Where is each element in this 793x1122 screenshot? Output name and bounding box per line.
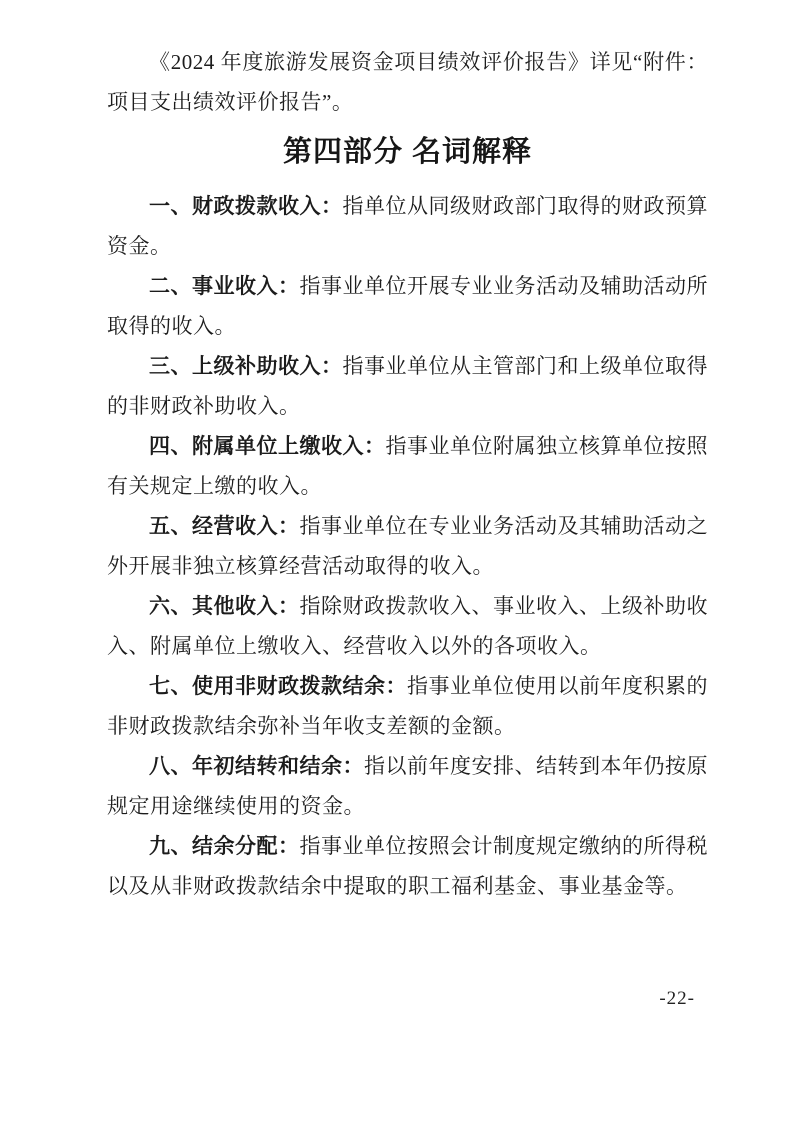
term-label: 五、经营收入：: [149, 514, 300, 538]
term-paragraph: 四、附属单位上缴收入：指事业单位附属独立核算单位按照有关规定上缴的收入。: [107, 426, 708, 506]
term-paragraph: 二、事业收入：指事业单位开展专业业务活动及辅助活动所取得的收入。: [107, 266, 708, 346]
term-paragraph: 八、年初结转和结余：指以前年度安排、结转到本年仍按原规定用途继续使用的资金。: [107, 746, 708, 826]
term-label: 七、使用非财政拨款结余：: [149, 674, 407, 698]
term-paragraph: 三、上级补助收入：指事业单位从主管部门和上级单位取得的非财政补助收入。: [107, 346, 708, 426]
term-paragraph: 七、使用非财政拨款结余：指事业单位使用以前年度积累的非财政拨款结余弥补当年收支差…: [107, 666, 708, 746]
term-label: 九、结余分配：: [149, 834, 300, 858]
term-paragraph: 五、经营收入：指事业单位在专业业务活动及其辅助活动之外开展非独立核算经营活动取得…: [107, 506, 708, 586]
term-label: 三、上级补助收入：: [149, 354, 343, 378]
term-label: 八、年初结转和结余：: [149, 754, 364, 778]
section-heading: 第四部分 名词解释: [107, 122, 708, 186]
page-number: -22-: [659, 988, 695, 1010]
document-content: 《2024 年度旅游发展资金项目绩效评价报告》详见“附件：项目支出绩效评价报告”…: [107, 42, 708, 906]
term-label: 六、其他收入：: [149, 594, 300, 618]
intro-paragraph: 《2024 年度旅游发展资金项目绩效评价报告》详见“附件：项目支出绩效评价报告”…: [107, 42, 708, 122]
document-page: 《2024 年度旅游发展资金项目绩效评价报告》详见“附件：项目支出绩效评价报告”…: [0, 0, 793, 1122]
term-paragraph: 九、结余分配：指事业单位按照会计制度规定缴纳的所得税以及从非财政拨款结余中提取的…: [107, 826, 708, 906]
term-label: 一、财政拨款收入：: [149, 194, 343, 218]
term-paragraph: 六、其他收入：指除财政拨款收入、事业收入、上级补助收入、附属单位上缴收入、经营收…: [107, 586, 708, 666]
term-label: 二、事业收入：: [149, 274, 300, 298]
term-label: 四、附属单位上缴收入：: [149, 434, 386, 458]
term-paragraph: 一、财政拨款收入：指单位从同级财政部门取得的财政预算资金。: [107, 186, 708, 266]
